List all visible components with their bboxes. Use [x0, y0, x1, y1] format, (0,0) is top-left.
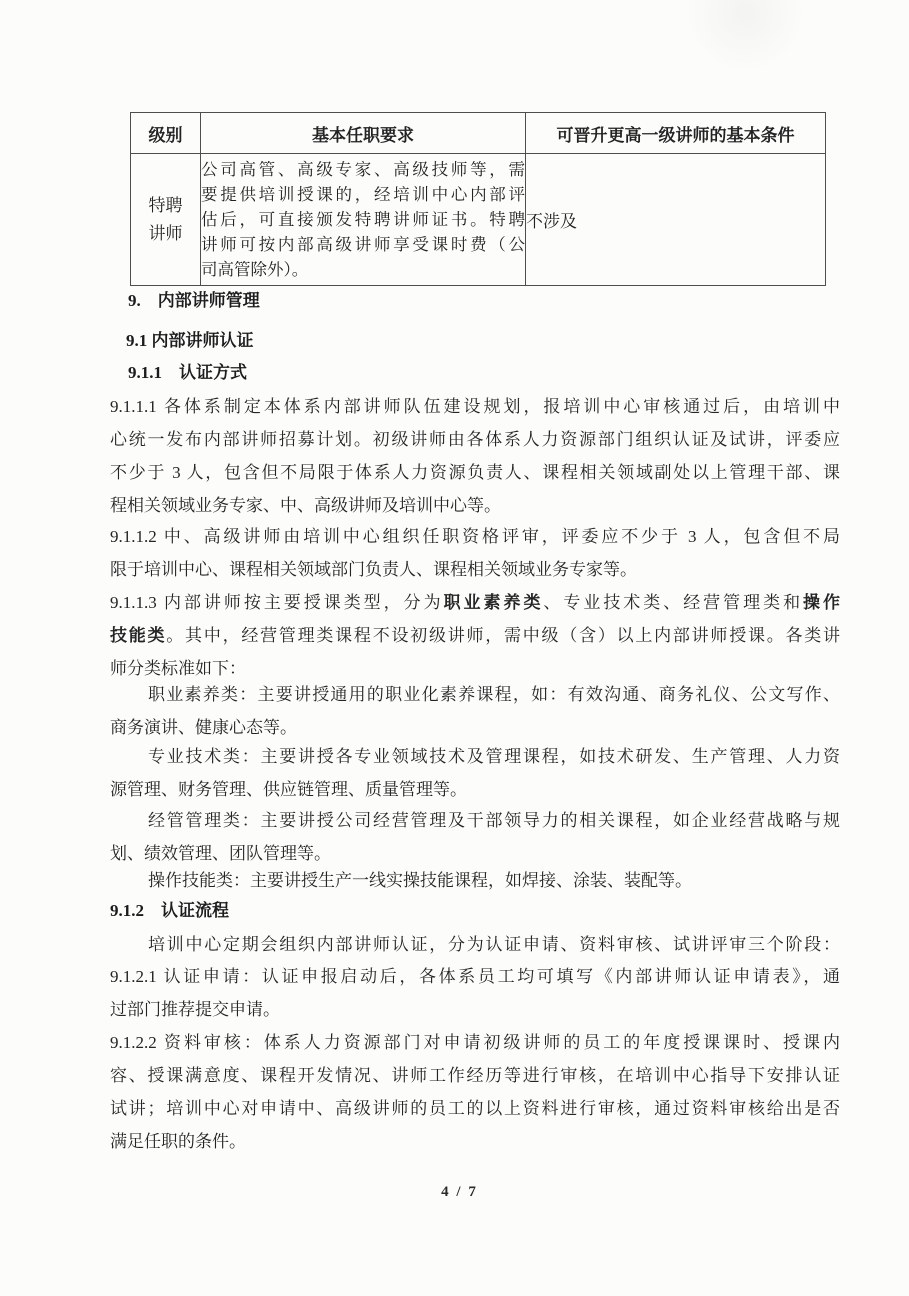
text-line: 经管管理类：主要讲授公司经营管理及干部领导力的相关课程，如企业经营战略与规 — [110, 804, 840, 837]
text-line: 9.1.1 认证方式 — [128, 356, 247, 389]
text-segment: 限于培训中心、课程相关领域部门负责人、课程相关领域业务专家等。 — [110, 560, 637, 579]
table-header-promotion: 可晋升更高一级讲师的基本条件 — [526, 113, 826, 154]
section-heading: 9.1 内部讲师认证 — [126, 324, 254, 357]
text-segment: 9.1.1.3 内部讲师按主要授课类型，分为 — [110, 593, 444, 612]
text-segment: 9.1.2.2 资料审核：体系人力资源部门对申请初级讲师的员工的年度授课课时、授… — [110, 1033, 840, 1052]
paragraph: 9.1.1.1 各体系制定本体系内部讲师队伍建设规划，报培训中心审核通过后，由培… — [110, 390, 840, 522]
section-heading: 9.1.1 认证方式 — [128, 356, 247, 389]
table-cell-line: 讲师可按内部高级讲师享受课时费（公 — [201, 232, 525, 257]
table-cell-level: 特聘 讲师 — [131, 154, 201, 286]
text-segment: 过部门推荐提交申请。 — [110, 1000, 280, 1019]
text-segment: 职业素养类：主要讲授通用的职业化素养课程，如：有效沟通、商务礼仪、公文写作、 — [148, 685, 840, 704]
text-segment: 9.1.2.1 认证申请：认证申报启动后，各体系员工均可填写《内部讲师认证申请表… — [110, 967, 840, 986]
paragraph: 9.1.2.1 认证申请：认证申报启动后，各体系员工均可填写《内部讲师认证申请表… — [110, 960, 840, 1026]
text-segment: 经管管理类：主要讲授公司经营管理及干部领导力的相关课程，如企业经营战略与规 — [148, 811, 840, 830]
page-number: 4 / 7 — [0, 1184, 909, 1201]
text-line: 9.1.1.1 各体系制定本体系内部讲师队伍建设规划，报培训中心审核通过后，由培… — [110, 390, 840, 423]
table-header-row: 级别 基本任职要求 可晋升更高一级讲师的基本条件 — [131, 113, 826, 154]
bold-text-segment: 技能类 — [110, 626, 166, 645]
table-cell-promotion: 不涉及 — [526, 154, 826, 286]
paragraph: 培训中心定期会组织内部讲师认证，分为认证申请、资料审核、试讲评审三个阶段： — [110, 928, 840, 961]
level-line: 特聘 — [131, 192, 200, 220]
table-header-requirements: 基本任职要求 — [201, 113, 526, 154]
text-segment: 9.1.1 认证方式 — [128, 363, 247, 382]
text-segment: 9.1 内部讲师认证 — [126, 331, 254, 350]
text-line: 专业技术类：主要讲授各专业领域技术及管理课程，如技术研发、生产管理、人力资 — [110, 740, 840, 773]
document-page: 级别 基本任职要求 可晋升更高一级讲师的基本条件 特聘 讲师 公司高管、高级专家… — [0, 0, 909, 1296]
text-segment: 心统一发布内部讲师招募计划。初级讲师由各体系人力资源部门组织认证及试讲，评委应 — [110, 430, 840, 449]
text-segment: 商务演讲、健康心态等。 — [110, 718, 297, 737]
paragraph: 9.1.2.2 资料审核：体系人力资源部门对申请初级讲师的员工的年度授课课时、授… — [110, 1026, 840, 1158]
text-line: 9.1.1.2 中、高级讲师由培训中心组织任职资格评审，评委应不少于 3 人，包… — [110, 520, 840, 553]
paragraph: 操作技能类：主要讲授生产一线实操技能课程，如焊接、涂装、装配等。 — [110, 864, 840, 897]
text-line: 9.1.1.3 内部讲师按主要授课类型，分为职业素养类、专业技术类、经营管理类和… — [110, 586, 840, 619]
lecturer-level-table-wrap: 级别 基本任职要求 可晋升更高一级讲师的基本条件 特聘 讲师 公司高管、高级专家… — [130, 112, 826, 286]
text-line: 程相关领域业务专家、中、高级讲师及培训中心等。 — [110, 489, 840, 522]
lecturer-level-table: 级别 基本任职要求 可晋升更高一级讲师的基本条件 特聘 讲师 公司高管、高级专家… — [130, 112, 826, 286]
paragraph: 专业技术类：主要讲授各专业领域技术及管理课程，如技术研发、生产管理、人力资源管理… — [110, 740, 840, 806]
text-segment: 满足任职的条件。 — [110, 1132, 246, 1151]
text-line: 不少于 3 人，包含但不局限于体系人力资源负责人、课程相关领域副处以上管理干部、… — [110, 456, 840, 489]
text-segment: 师分类标准如下： — [110, 659, 246, 678]
text-line: 源管理、财务管理、供应链管理、质量管理等。 — [110, 773, 840, 806]
text-line: 9.1.2.2 资料审核：体系人力资源部门对申请初级讲师的员工的年度授课课时、授… — [110, 1026, 840, 1059]
bold-text-segment: 操作 — [803, 593, 840, 612]
level-line: 讲师 — [131, 220, 200, 248]
paragraph: 职业素养类：主要讲授通用的职业化素养课程，如：有效沟通、商务礼仪、公文写作、商务… — [110, 678, 840, 744]
text-line: 过部门推荐提交申请。 — [110, 993, 840, 1026]
text-segment: 源管理、财务管理、供应链管理、质量管理等。 — [110, 780, 467, 799]
text-line: 技能类。其中，经营管理类课程不设初级讲师，需中级（含）以上内部讲师授课。各类讲 — [110, 619, 840, 652]
text-line: 心统一发布内部讲师招募计划。初级讲师由各体系人力资源部门组织认证及试讲，评委应 — [110, 423, 840, 456]
table-cell-line: 司高管除外）。 — [201, 257, 525, 282]
text-line: 9.1.2.1 认证申请：认证申报启动后，各体系员工均可填写《内部讲师认证申请表… — [110, 960, 840, 993]
text-line: 9.1 内部讲师认证 — [126, 324, 254, 357]
text-segment: 划、绩效管理、团队管理等。 — [110, 844, 331, 863]
text-segment: 、专业技术类、经营管理类和 — [543, 593, 803, 612]
section-heading: 9. 内部讲师管理 — [128, 284, 260, 317]
text-segment: 。其中，经营管理类课程不设初级讲师，需中级（含）以上内部讲师授课。各类讲 — [166, 626, 840, 645]
text-line: 容、授课满意度、课程开发情况、讲师工作经历等进行审核，在培训中心指导下安排认证 — [110, 1059, 840, 1092]
text-line: 满足任职的条件。 — [110, 1125, 840, 1158]
text-line: 试讲；培训中心对申请中、高级讲师的员工的以上资料进行审核，通过资料审核给出是否 — [110, 1092, 840, 1125]
text-segment: 专业技术类：主要讲授各专业领域技术及管理课程，如技术研发、生产管理、人力资 — [148, 747, 840, 766]
text-line: 培训中心定期会组织内部讲师认证，分为认证申请、资料审核、试讲评审三个阶段： — [110, 928, 840, 961]
text-segment: 试讲；培训中心对申请中、高级讲师的员工的以上资料进行审核，通过资料审核给出是否 — [110, 1099, 840, 1118]
paragraph: 9.1.1.3 内部讲师按主要授课类型，分为职业素养类、专业技术类、经营管理类和… — [110, 586, 840, 685]
text-segment: 培训中心定期会组织内部讲师认证，分为认证申请、资料审核、试讲评审三个阶段： — [148, 935, 840, 954]
text-segment: 操作技能类：主要讲授生产一线实操技能课程，如焊接、涂装、装配等。 — [148, 871, 692, 890]
text-line: 职业素养类：主要讲授通用的职业化素养课程，如：有效沟通、商务礼仪、公文写作、 — [110, 678, 840, 711]
paragraph: 9.1.1.2 中、高级讲师由培训中心组织任职资格评审，评委应不少于 3 人，包… — [110, 520, 840, 586]
text-segment: 9.1.1.2 中、高级讲师由培训中心组织任职资格评审，评委应不少于 3 人，包… — [110, 527, 840, 546]
text-segment: 9. 内部讲师管理 — [128, 291, 260, 310]
table-cell-line: 估后，可直接颁发特聘讲师证书。特聘 — [201, 207, 525, 232]
text-segment: 9.1.2 认证流程 — [110, 901, 229, 920]
table-cell-requirements: 公司高管、高级专家、高级技师等，需要提供培训授课的，经培训中心内部评估后，可直接… — [201, 154, 526, 286]
paragraph: 经管管理类：主要讲授公司经营管理及干部领导力的相关课程，如企业经营战略与规划、绩… — [110, 804, 840, 870]
text-segment: 容、授课满意度、课程开发情况、讲师工作经历等进行审核，在培训中心指导下安排认证 — [110, 1066, 840, 1085]
text-line: 操作技能类：主要讲授生产一线实操技能课程，如焊接、涂装、装配等。 — [110, 864, 840, 897]
text-segment: 程相关领域业务专家、中、高级讲师及培训中心等。 — [110, 496, 501, 515]
text-line: 9.1.2 认证流程 — [110, 894, 229, 927]
table-cell-line: 公司高管、高级专家、高级技师等，需 — [201, 157, 525, 182]
text-segment: 9.1.1.1 各体系制定本体系内部讲师队伍建设规划，报培训中心审核通过后，由培… — [110, 397, 840, 416]
text-segment: 不少于 3 人，包含但不局限于体系人力资源负责人、课程相关领域副处以上管理干部、… — [110, 463, 840, 482]
table-row: 特聘 讲师 公司高管、高级专家、高级技师等，需要提供培训授课的，经培训中心内部评… — [131, 154, 826, 286]
text-line: 9. 内部讲师管理 — [128, 284, 260, 317]
bold-text-segment: 职业素养类 — [444, 593, 544, 612]
table-cell-line: 要提供培训授课的，经培训中心内部评 — [201, 182, 525, 207]
text-line: 限于培训中心、课程相关领域部门负责人、课程相关领域业务专家等。 — [110, 553, 840, 586]
section-heading: 9.1.2 认证流程 — [110, 894, 229, 927]
table-header-level: 级别 — [131, 113, 201, 154]
